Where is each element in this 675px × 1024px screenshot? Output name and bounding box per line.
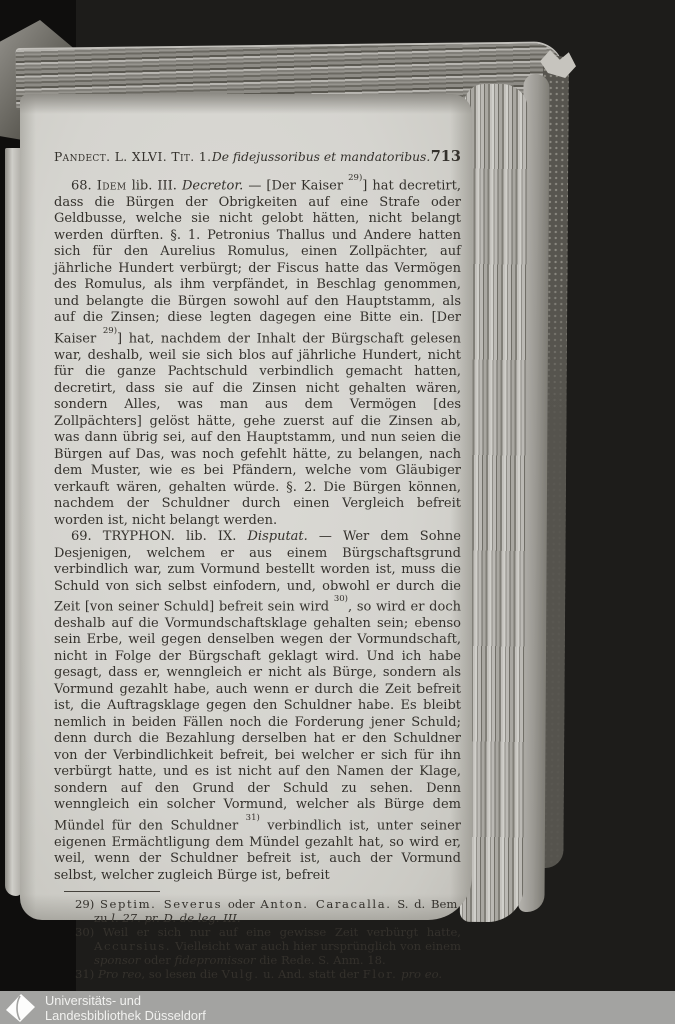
name-septim-severus: Septim. Severus <box>100 897 222 911</box>
footnote-30-text: die Rede. S. Anm. 18. <box>256 953 386 967</box>
work-title-decretor: Decretor. <box>182 178 243 193</box>
footnote-30-number: 30) <box>75 925 103 939</box>
footnote-31: 31) Pro reo, so lesen die Vulg. u. And. … <box>54 968 461 982</box>
footnote-ref-29: 29) <box>348 173 362 183</box>
latin-term-pro-reo: Pro reo <box>98 967 141 981</box>
footnote-31-number: 31) <box>75 967 98 981</box>
paragraph-68-text: lib. III. <box>127 178 183 193</box>
work-title-disputat: Disputat. <box>248 529 308 544</box>
library-name-line1: Universitäts- und <box>45 993 206 1008</box>
page-number: 713 <box>431 148 461 165</box>
library-footer-bar: Universitäts- und Landesbibliothek Düsse… <box>0 991 675 1024</box>
footnote-ref-29b: 29) <box>103 326 117 336</box>
paragraph-68: 68. Idem lib. III. Decretor. — [Der Kais… <box>54 174 461 529</box>
book-page: Pandect. L. XLVI. Tit. 1. De fidejussori… <box>20 94 472 920</box>
running-header-left: Pandect. L. XLVI. Tit. 1. <box>54 150 211 164</box>
footnote-29-number: 29) <box>75 897 100 911</box>
name-vulg: Vulg. <box>222 967 260 981</box>
paragraph-68-text: — [Der Kaiser <box>243 178 348 193</box>
footnote-30-text: oder <box>140 953 174 967</box>
library-name: Universitäts- und Landesbibliothek Düsse… <box>45 993 206 1023</box>
latin-term-fidepromissor: fidepromissor <box>174 953 255 967</box>
page-content: Pandect. L. XLVI. Tit. 1. De fidejussori… <box>20 94 472 920</box>
footnotes: 29) Septim. Severus oder Anton. Caracall… <box>54 898 461 981</box>
paragraph-69: 69. TRYPHON. lib. IX. Disputat. — Wer de… <box>54 529 461 884</box>
footnote-ref-31: 31) <box>246 813 260 823</box>
footnote-separator <box>64 891 160 892</box>
library-name-line2: Landesbibliothek Düsseldorf <box>45 1008 206 1023</box>
footnote-ref-30: 30) <box>334 594 348 604</box>
paragraph-68-text: ] hat, nachdem der Inhalt der Bürgschaft… <box>54 331 461 528</box>
footnote-30-text: Vielleicht war auch hier ursprünglich vo… <box>171 939 461 953</box>
ulb-book-logo-icon <box>6 994 36 1022</box>
footnote-30-text: Weil er sich nur auf eine gewisse Zeit v… <box>103 925 461 939</box>
running-header-title: De fidejussoribus et mandatoribus. <box>212 150 430 164</box>
name-anton-caracalla: Anton. Caracalla. <box>260 897 391 911</box>
paragraph-69-text: , so wird er doch deshalb auf die Vormun… <box>54 599 461 833</box>
footnote-31-text: , so lesen die <box>141 967 221 981</box>
running-header: Pandect. L. XLVI. Tit. 1. De fidejussori… <box>54 148 461 165</box>
paragraph-68-number: 68. <box>71 178 97 193</box>
paragraph-68-text: ] hat decretirt, dass die Bürgen der Obr… <box>54 178 461 346</box>
footnote-29-text: oder <box>222 897 260 911</box>
name-flor: Flor. <box>363 967 398 981</box>
name-accursius: Accursius. <box>94 939 171 953</box>
footnote-29: 29) Septim. Severus oder Anton. Caracall… <box>54 898 461 926</box>
footnote-30: 30) Weil er sich nur auf eine gewisse Ze… <box>54 926 461 968</box>
paragraph-69-number: 69. TRYPHON. lib. IX. <box>71 529 248 544</box>
footnote-31-text: u. And. statt der <box>260 967 363 981</box>
citation: l. 27. pr. D. de leg. III. <box>111 911 240 925</box>
latin-term-sponsor: sponsor <box>94 953 140 967</box>
author-name-idem: Idem <box>97 178 127 193</box>
latin-term-pro-eo: pro eo. <box>401 967 442 981</box>
